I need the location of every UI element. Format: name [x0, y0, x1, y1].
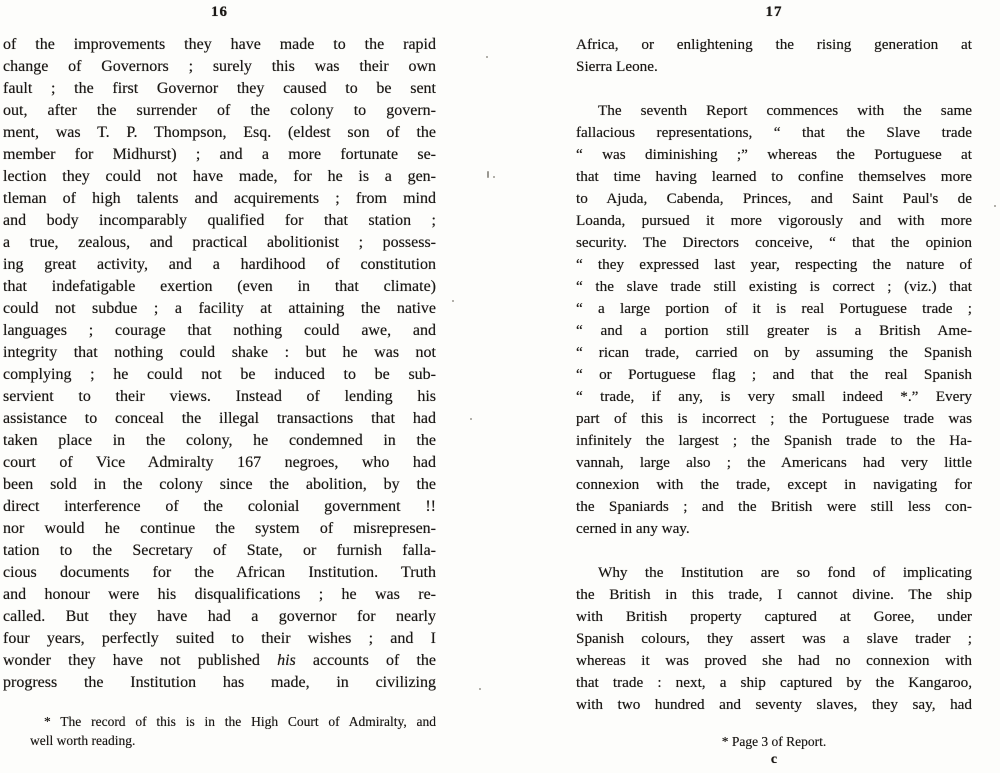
text-line: complying ; he could not be induced to b…: [3, 364, 436, 386]
text-line: direct interference of the colonial gove…: [3, 496, 436, 518]
paragraph-gap: [576, 540, 972, 562]
text-line: servient to their views. Instead of lend…: [3, 386, 436, 408]
signature-mark: c: [576, 752, 972, 768]
page-number-left: 16: [3, 4, 436, 24]
page-17: 17 Africa, or enlightening the rising ge…: [576, 4, 972, 768]
page-17-body: Africa, or enlightening the rising gener…: [576, 34, 972, 716]
text-line: fallacious representations, “ that the S…: [576, 122, 972, 144]
text-line: Loanda, pursued it more vigorously and w…: [576, 210, 972, 232]
text-line: The seventh Report commences with the sa…: [576, 100, 972, 122]
page-16-footnote: * The record of this is in the High Cour…: [30, 712, 436, 750]
text-line: Why the Institution are so fond of impli…: [576, 562, 972, 584]
text-line: vannah, large also ; the Americans had v…: [576, 452, 972, 474]
text-line: out, after the surrender of the colony t…: [3, 100, 436, 122]
text-line: lection they could not have made, for he…: [3, 166, 436, 188]
text-line: infinitely the largest ; the Spanish tra…: [576, 430, 972, 452]
text-line: and body incomparably qualified for that…: [3, 210, 436, 232]
text-line: called. But they have had a governor for…: [3, 606, 436, 628]
text-line: integrity that nothing could shake : but…: [3, 342, 436, 364]
text-line: security. The Directors conceive, “ that…: [576, 232, 972, 254]
text-line: assistance to conceal the illegal transa…: [3, 408, 436, 430]
text-line: “ the slave trade still existing is corr…: [576, 276, 972, 298]
text-line: well worth reading.: [30, 731, 436, 750]
text-line: tation to the Secretary of State, or fur…: [3, 540, 436, 562]
text-line: change of Governors ; surely this was th…: [3, 56, 436, 78]
scan-speck: [493, 176, 495, 178]
text-line: * Page 3 of Report.: [576, 732, 972, 751]
text-line: * The record of this is in the High Cour…: [30, 712, 436, 731]
text-line: of the improvements they have made to th…: [3, 34, 436, 56]
text-line: the British in this trade, I cannot divi…: [576, 584, 972, 606]
text-line: that indefatigable exertion (even in tha…: [3, 276, 436, 298]
text-line: that time having learned to confine them…: [576, 166, 972, 188]
text-line: and honour were his disqualifications ; …: [3, 584, 436, 606]
text-line: that trade : next, a ship captured by th…: [576, 672, 972, 694]
page-17-footnote: * Page 3 of Report.: [576, 732, 972, 751]
text-line: could not subdue ; a facility at attaini…: [3, 298, 436, 320]
paragraph-gap: [576, 78, 972, 100]
text-line: ing great activity, and a hardihood of c…: [3, 254, 436, 276]
text-line: to Ajuda, Cabenda, Princes, and Saint Pa…: [576, 188, 972, 210]
scan-speck: [486, 56, 488, 58]
scan-speck: [994, 205, 996, 207]
text-line: four years, perfectly suited to their wi…: [3, 628, 436, 650]
text-line: been sold in the colony since the abolit…: [3, 474, 436, 496]
text-line: court of Vice Admiralty 167 negroes, who…: [3, 452, 436, 474]
text-line: a true, zealous, and practical abolition…: [3, 232, 436, 254]
text-line: with British property captured at Goree,…: [576, 606, 972, 628]
text-line: taken place in the colony, he condemned …: [3, 430, 436, 452]
text-line: Africa, or enlightening the rising gener…: [576, 34, 972, 56]
text-line: with two hundred and seventy slaves, the…: [576, 694, 972, 716]
scan-speck: [487, 171, 489, 178]
text-line: ment, was T. P. Thompson, Esq. (eldest s…: [3, 122, 436, 144]
text-line: “ and a portion still greater is a Briti…: [576, 320, 972, 342]
page-number-right: 17: [576, 4, 972, 24]
text-line: “ a large portion of it is real Portugue…: [576, 298, 972, 320]
text-line: whereas it was proved she had no connexi…: [576, 650, 972, 672]
text-line: “ trade, if any, is very small indeed *.…: [576, 386, 972, 408]
text-line: cerned in any way.: [576, 518, 972, 540]
text-line: cious documents for the African Institut…: [3, 562, 436, 584]
text-line: languages ; courage that nothing could a…: [3, 320, 436, 342]
page-16: 16 of the improvements they have made to…: [3, 4, 436, 750]
text-line: the Spaniards ; and the British were sti…: [576, 496, 972, 518]
scan-speck: [452, 300, 454, 302]
text-line: Spanish colours, they assert was a slave…: [576, 628, 972, 650]
scan-speck: [479, 688, 481, 690]
text-line: nor would he continue the system of misr…: [3, 518, 436, 540]
scan-speck: [470, 418, 472, 420]
text-line: fault ; the first Governor they caused t…: [3, 78, 436, 100]
text-line: Sierra Leone.: [576, 56, 972, 78]
text-line: progress the Institution has made, in ci…: [3, 672, 436, 694]
book-scan: 16 of the improvements they have made to…: [0, 0, 1000, 773]
text-line: “ rican trade, carried on by assuming th…: [576, 342, 972, 364]
text-line: connexion with the trade, except in navi…: [576, 474, 972, 496]
text-line: part of this is incorrect ; the Portugue…: [576, 408, 972, 430]
text-line: wonder they have not published his accou…: [3, 650, 436, 672]
text-line: member for Midhurst) ; and a more fortun…: [3, 144, 436, 166]
text-line: tleman of high talents and acquirements …: [3, 188, 436, 210]
page-16-body: of the improvements they have made to th…: [3, 34, 436, 694]
text-line: “ they expressed last year, respecting t…: [576, 254, 972, 276]
text-line: “ or Portuguese flag ; and that the real…: [576, 364, 972, 386]
text-line: “ was diminishing ;” whereas the Portugu…: [576, 144, 972, 166]
